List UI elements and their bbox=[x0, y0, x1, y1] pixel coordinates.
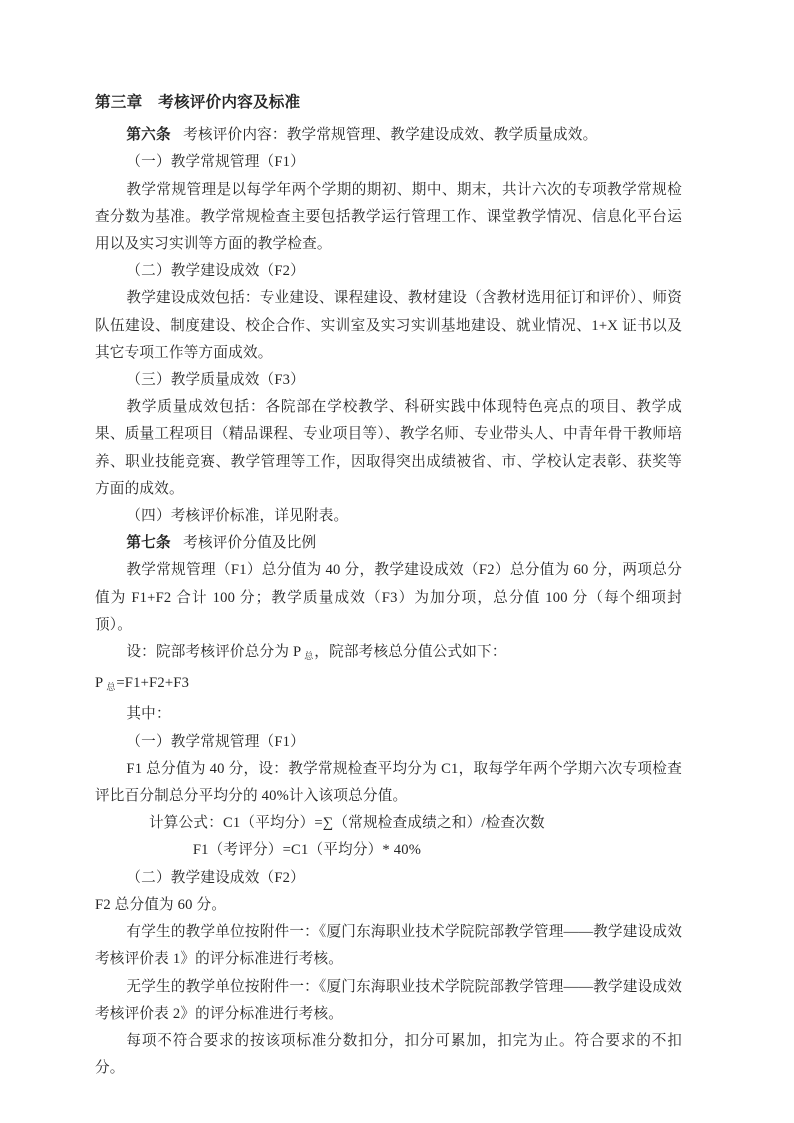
section-item-f2: （二）教学建设成效（F2） bbox=[95, 258, 682, 285]
sub-item-f2: （二）教学建设成效（F2） bbox=[95, 865, 682, 892]
section-item-f3: （三）教学质量成效（F3） bbox=[95, 367, 682, 394]
article-6-label: 第六条 bbox=[126, 127, 170, 143]
article-7-paragraph: 第七条考核评价分值及比例 bbox=[95, 530, 682, 557]
paragraph-attachment-1: 有学生的教学单位按附件一：《厦门东海职业技术学院院部教学管理——教学建设成效考核… bbox=[95, 919, 682, 973]
sub-item-f1: （一）教学常规管理（F1） bbox=[95, 729, 682, 756]
paragraph-deduction-rule: 每项不符合要求的按该项标准分数扣分，扣分可累加，扣完为止。符合要求的不扣分。 bbox=[95, 1028, 682, 1082]
article-6-text: 考核评价内容：教学常规管理、教学建设成效、教学质量成效。 bbox=[183, 127, 597, 143]
paragraph-score-ratio: 教学常规管理（F1）总分值为 40 分，教学建设成效（F2）总分值为 60 分，… bbox=[95, 557, 682, 639]
paragraph-f3-description: 教学质量成效包括：各院部在学校教学、科研实践中体现特色亮点的项目、教学成果、质量… bbox=[95, 394, 682, 503]
section-item-f1: （一）教学常规管理（F1） bbox=[95, 149, 682, 176]
paragraph-among: 其中： bbox=[95, 701, 682, 728]
paragraph-c1-rule: F1 总分值为 40 分，设：教学常规检查平均分为 C1，取每学年两个学期六次专… bbox=[95, 756, 682, 810]
section-item-4: （四）考核评价标准，详见附表。 bbox=[95, 503, 682, 530]
article-6-paragraph: 第六条考核评价内容：教学常规管理、教学建设成效、教学质量成效。 bbox=[95, 122, 682, 149]
document-page: 第三章 考核评价内容及标准 第六条考核评价内容：教学常规管理、教学建设成效、教学… bbox=[0, 0, 794, 1123]
formula-total-score: P总=F1+F2+F3 bbox=[95, 670, 682, 701]
chapter-heading: 第三章 考核评价内容及标准 bbox=[95, 89, 682, 116]
formula-f1: F1（考评分）=C1（平均分）* 40% bbox=[95, 837, 682, 864]
formula-total-pre: P bbox=[95, 675, 103, 691]
formula-total-post: =F1+F2+F3 bbox=[116, 675, 189, 691]
paragraph-f2-description: 教学建设成效包括：专业建设、课程建设、教材建设（含教材选用征订和评价）、师资队伍… bbox=[95, 285, 682, 367]
paragraph-f1-description: 教学常规管理是以每学年两个学期的期初、期中、期末，共计六次的专项教学常规检查分数… bbox=[95, 177, 682, 259]
formula-c1: 计算公式：C1（平均分）=∑（常规检查成绩之和）/检查次数 bbox=[95, 810, 682, 837]
article-7-text: 考核评价分值及比例 bbox=[183, 535, 316, 551]
total-score-intro-pre: 设：院部考核评价总分为 P bbox=[126, 644, 301, 660]
paragraph-attachment-2: 无学生的教学单位按附件一：《厦门东海职业技术学院院部教学管理——教学建设成效考核… bbox=[95, 974, 682, 1028]
article-7-label: 第七条 bbox=[126, 535, 170, 551]
paragraph-total-score-intro: 设：院部考核评价总分为 P总，院部考核总分值公式如下： bbox=[95, 639, 682, 670]
total-score-intro-post: ，院部考核总分值公式如下： bbox=[314, 644, 506, 660]
total-subscript: 总 bbox=[304, 651, 313, 661]
f2-total-line: F2 总分值为 60 分。 bbox=[95, 892, 682, 919]
formula-total-subscript: 总 bbox=[106, 682, 115, 692]
